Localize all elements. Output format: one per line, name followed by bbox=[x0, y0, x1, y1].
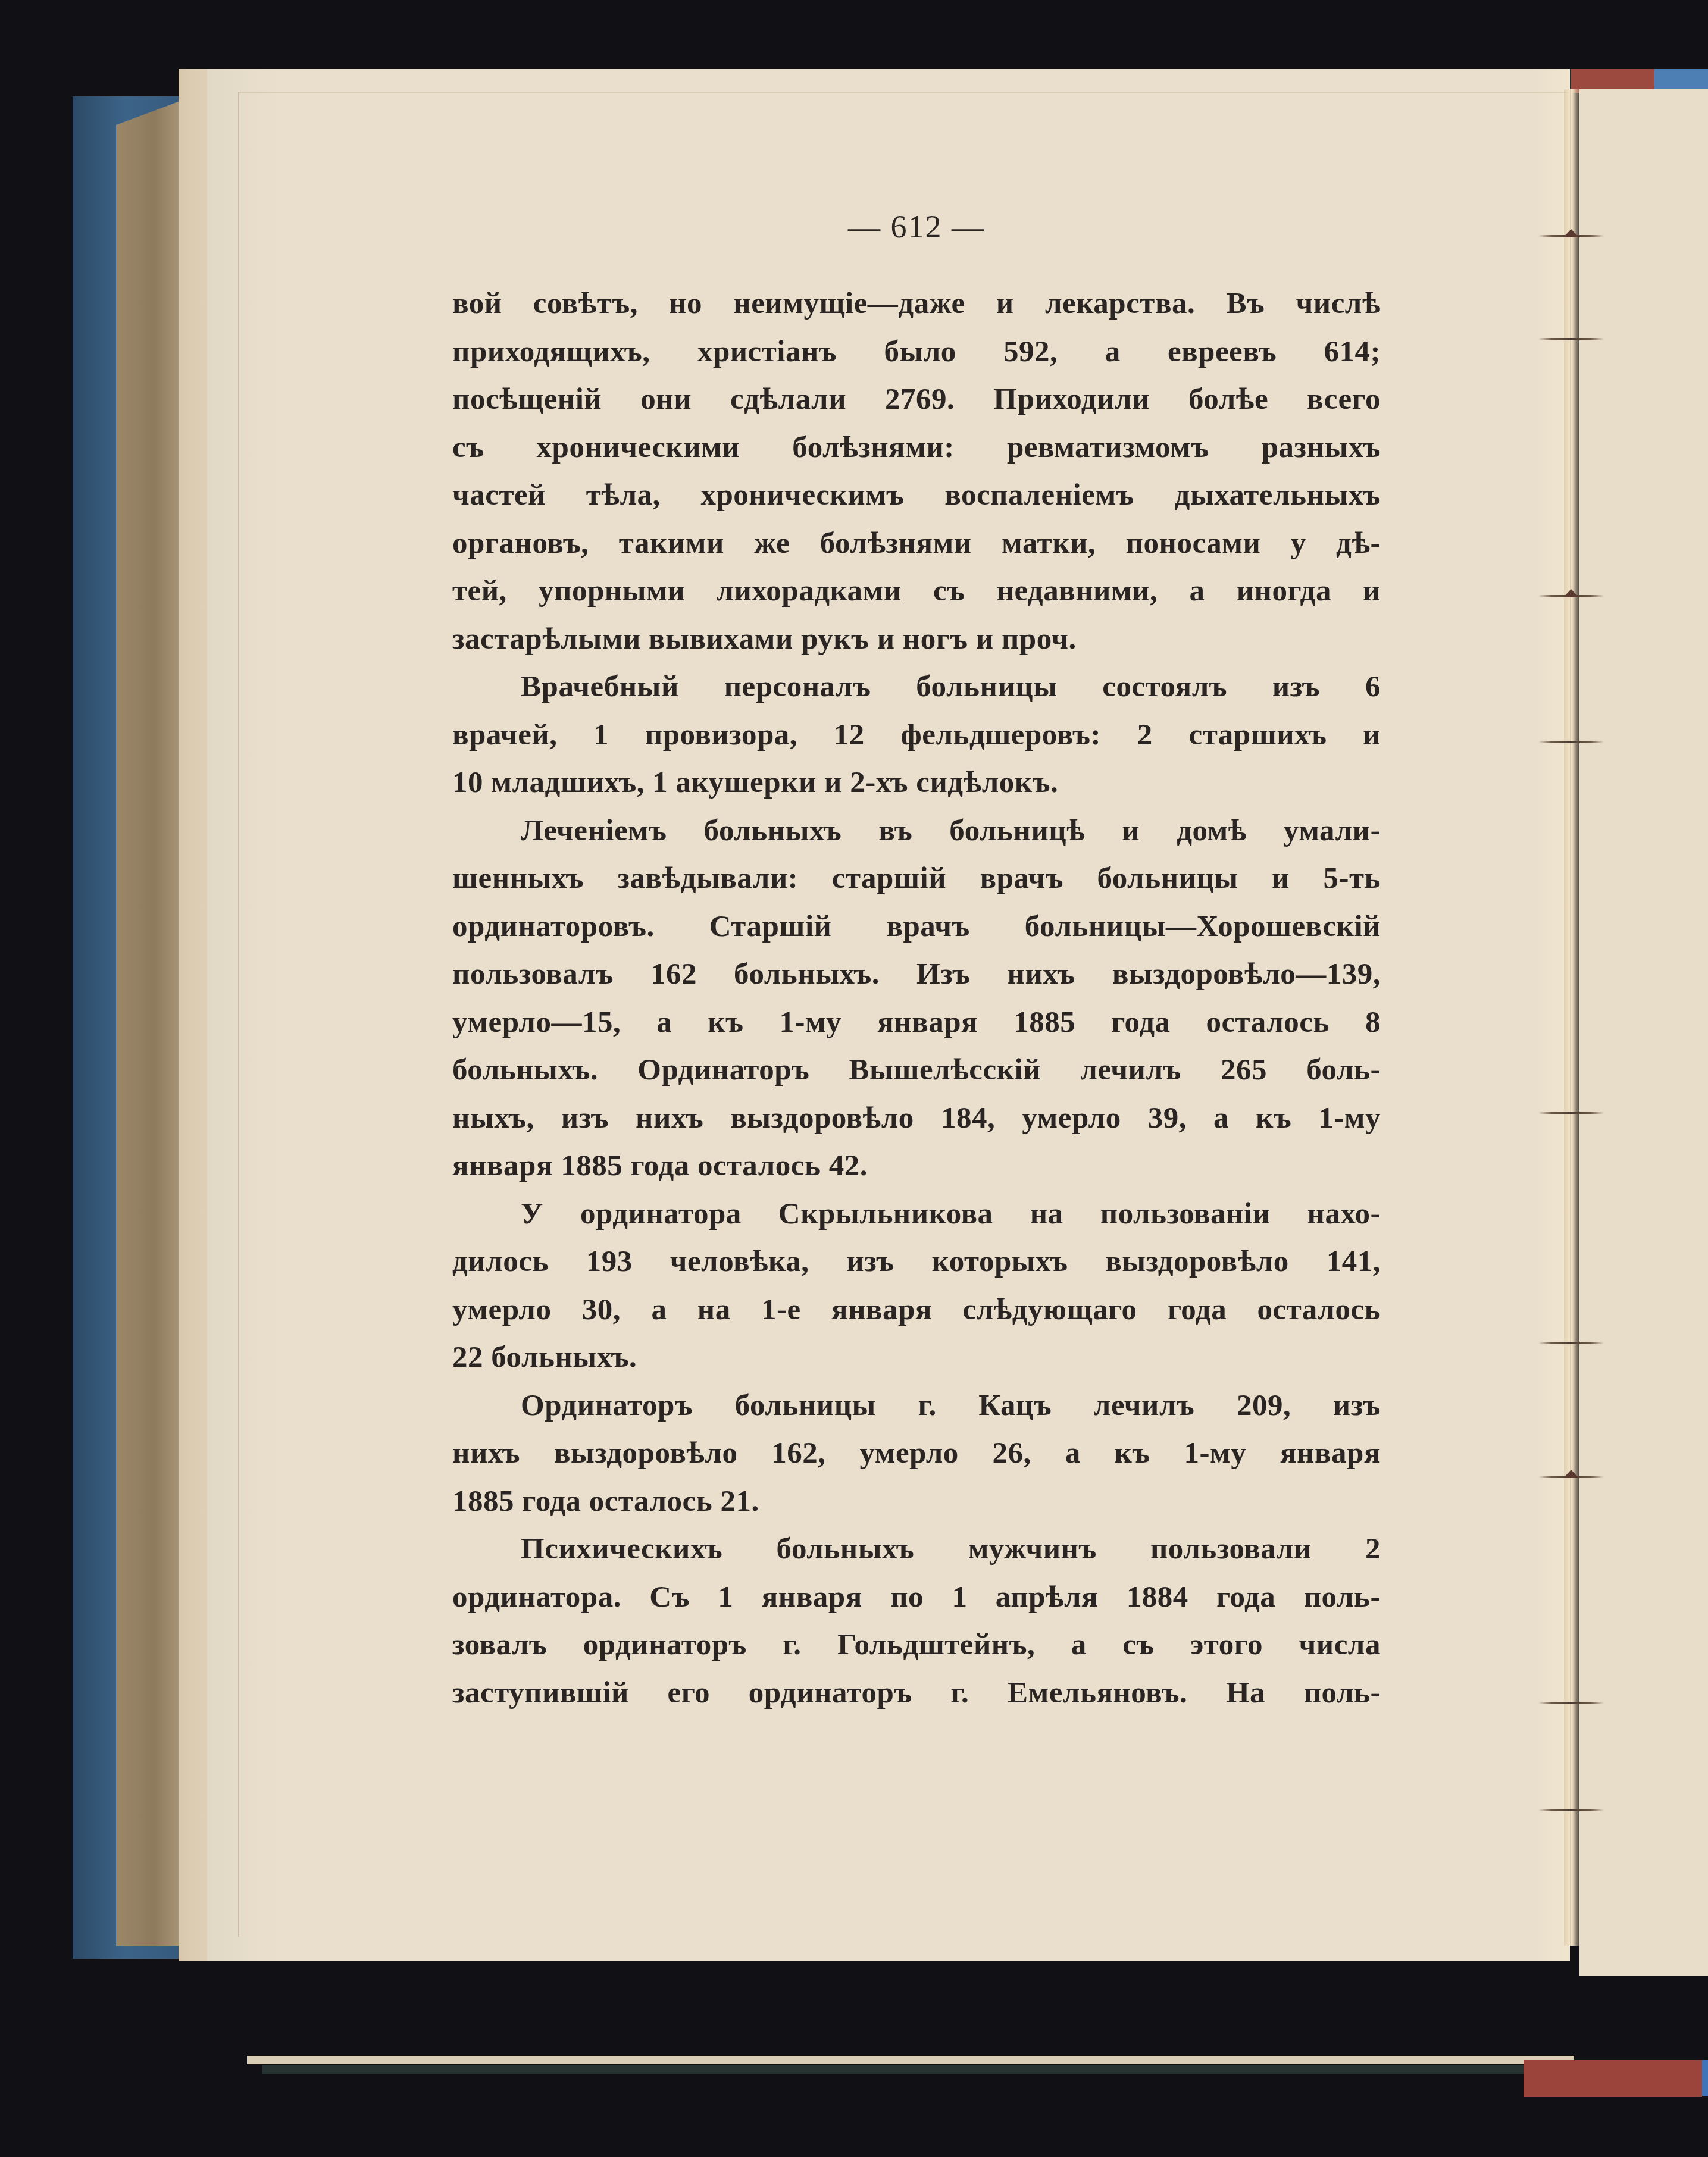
paragraph: Ординаторъ больницы г. Кацъ лечилъ 209, … bbox=[452, 1382, 1381, 1526]
paragraph: Врачебный персоналъ больницы состоялъ из… bbox=[452, 663, 1381, 807]
binding-stitch-icon bbox=[1538, 1342, 1604, 1344]
paragraph: Леченіемъ больныхъ въ больницѣ и домѣ ум… bbox=[452, 807, 1381, 1190]
text-line: 22 больныхъ. bbox=[452, 1333, 1381, 1382]
page-bottom-edge bbox=[247, 2056, 1574, 2064]
text-line: Ординаторъ больницы г. Кацъ лечилъ 209, … bbox=[452, 1382, 1381, 1430]
text-line: дилось 193 человѣка, изъ которыхъ выздор… bbox=[452, 1238, 1381, 1286]
text-line: заступившій его ординаторъ г. Емельяновъ… bbox=[452, 1669, 1381, 1717]
binding-stitch-icon bbox=[1538, 1476, 1604, 1478]
text-line: января 1885 года осталось 42. bbox=[452, 1142, 1381, 1190]
page-inner-edge bbox=[238, 92, 239, 1937]
paragraph: вой совѣтъ, но неимущіе—даже и лекарства… bbox=[452, 280, 1381, 663]
text-line: Врачебный персоналъ больницы состоялъ из… bbox=[452, 663, 1381, 711]
text-line: посѣщеній они сдѣлали 2769. Приходили бо… bbox=[452, 375, 1381, 424]
text-line: умерло—15, а къ 1-му января 1885 года ос… bbox=[452, 998, 1381, 1047]
text-line: пользовалъ 162 больныхъ. Изъ нихъ выздор… bbox=[452, 950, 1381, 998]
bottom-edge-red bbox=[1524, 2060, 1702, 2097]
bottom-edge-dark bbox=[262, 2065, 1589, 2074]
text-line: шенныхъ завѣдывали: старшій врачъ больни… bbox=[452, 854, 1381, 903]
text-line: ныхъ, изъ нихъ выздоровѣло 184, умерло 3… bbox=[452, 1094, 1381, 1142]
text-line: врачей, 1 провизора, 12 фельдшеровъ: 2 с… bbox=[452, 711, 1381, 759]
page-inner-top bbox=[238, 92, 1571, 93]
text-line: приходящихъ, христіанъ было 592, а еврее… bbox=[452, 328, 1381, 376]
text-line: органовъ, такими же болѣзнями матки, пон… bbox=[452, 519, 1381, 568]
paragraph: Психическихъ больныхъ мужчинъ пользовали… bbox=[452, 1525, 1381, 1717]
text-line: зовалъ ординаторъ г. Гольдштейнъ, а съ э… bbox=[452, 1621, 1381, 1669]
text-line: 10 младшихъ, 1 акушерки и 2-хъ сидѣлокъ. bbox=[452, 759, 1381, 807]
text-line: 1885 года осталось 21. bbox=[452, 1477, 1381, 1526]
text-line: Леченіемъ больныхъ въ больницѣ и домѣ ум… bbox=[452, 807, 1381, 855]
binding-stitch-icon bbox=[1538, 595, 1604, 597]
text-line: съ хроническими болѣзнями: ревматизмомъ … bbox=[452, 424, 1381, 472]
binding-stitch-icon bbox=[1538, 1702, 1604, 1704]
facing-page-sliver bbox=[1579, 89, 1708, 1976]
top-edge-blue bbox=[1654, 69, 1708, 92]
binding-stitch-icon bbox=[1538, 1112, 1604, 1114]
page-number: — 612 — bbox=[452, 208, 1381, 245]
binding-stitch-icon bbox=[1538, 338, 1604, 340]
text-line: ординатора. Съ 1 января по 1 апрѣля 1884… bbox=[452, 1573, 1381, 1621]
text-line: У ординатора Скрыльникова на пользованіи… bbox=[452, 1190, 1381, 1238]
text-line: тей, упорными лихорадками съ недавними, … bbox=[452, 567, 1381, 615]
binding-stitch-icon bbox=[1538, 1809, 1604, 1811]
text-line: нихъ выздоровѣло 162, умерло 26, а къ 1-… bbox=[452, 1429, 1381, 1477]
binding-stitch-icon bbox=[1538, 235, 1604, 237]
text-line: Психическихъ больныхъ мужчинъ пользовали… bbox=[452, 1525, 1381, 1573]
text-line: больныхъ. Ординаторъ Вышелѣсскій лечилъ … bbox=[452, 1046, 1381, 1094]
body-text: вой совѣтъ, но неимущіе—даже и лекарства… bbox=[452, 280, 1381, 1717]
bottom-edge-blue bbox=[1702, 2060, 1708, 2096]
text-line: ординаторовъ. Старшій врачъ больницы—Хор… bbox=[452, 903, 1381, 951]
text-line: застарѣлыми вывихами рукъ и ногъ и проч. bbox=[452, 615, 1381, 663]
text-line: умерло 30, а на 1-е января слѣдующаго го… bbox=[452, 1286, 1381, 1334]
binding-stitch-icon bbox=[1538, 741, 1604, 743]
text-line: частей тѣла, хроническимъ воспаленіемъ д… bbox=[452, 471, 1381, 519]
paragraph: У ординатора Скрыльникова на пользованіи… bbox=[452, 1190, 1381, 1382]
book-gutter bbox=[1564, 89, 1579, 1946]
text-line: вой совѣтъ, но неимущіе—даже и лекарства… bbox=[452, 280, 1381, 328]
